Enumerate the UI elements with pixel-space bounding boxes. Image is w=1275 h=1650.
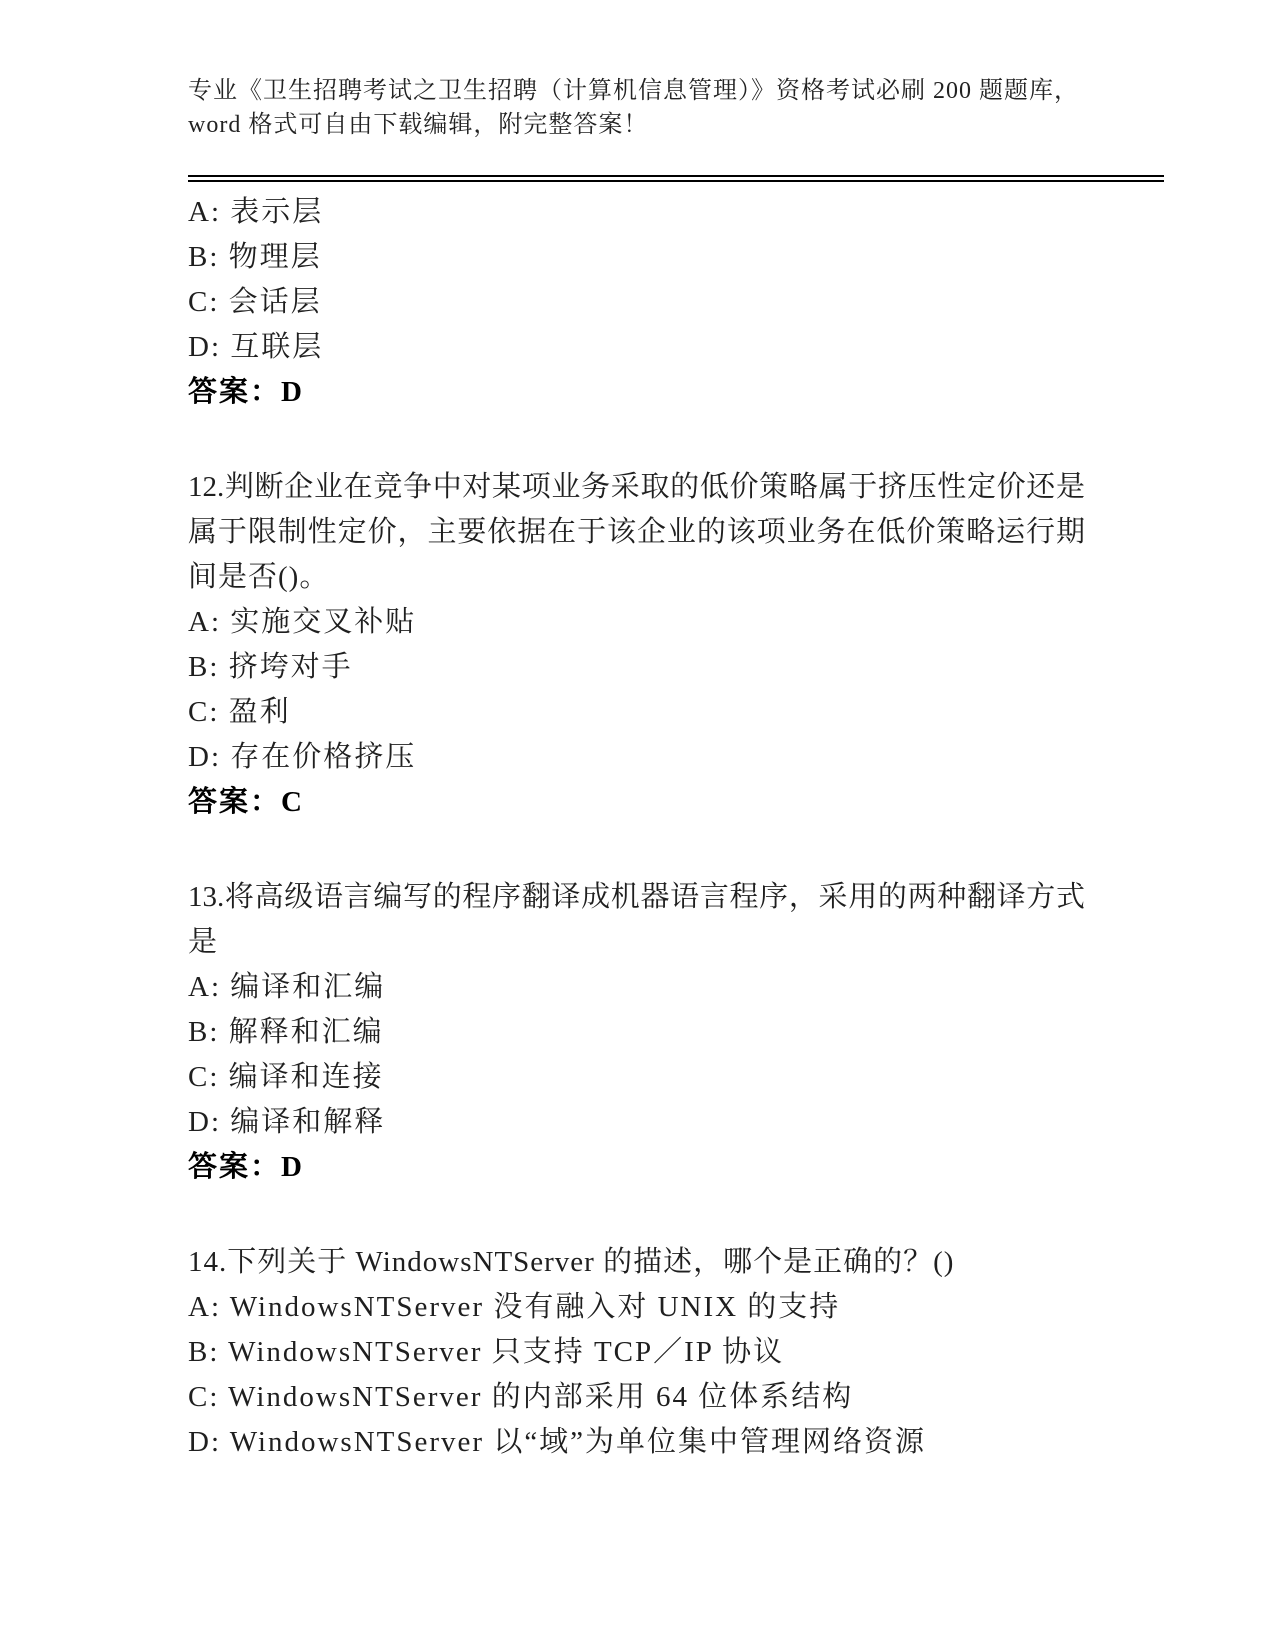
option-line: A: 编译和汇编 — [188, 965, 1085, 1010]
option-line: A: 实施交叉补贴 — [188, 600, 1085, 645]
question-stem-line: 间是否()。 — [188, 555, 1085, 600]
question-stem: 13.将高级语言编写的程序翻译成机器语言程序，采用的两种翻译方式是 — [188, 875, 1085, 965]
option-line: B: 挤垮对手 — [188, 645, 1085, 690]
question-stem: 12.判断企业在竞争中对某项业务采取的低价策略属于挤压性定价还是属于限制性定价，… — [188, 465, 1085, 600]
option-line: A: WindowsNTServer 没有融入对 UNIX 的支持 — [188, 1285, 1085, 1330]
question-stem-line: 14.下列关于 WindowsNTServer 的描述，哪个是正确的？() — [188, 1240, 1085, 1285]
question-stem-line: 属于限制性定价，主要依据在于该企业的该项业务在低价策略运行期 — [188, 510, 1085, 555]
header-double-rule — [188, 175, 1164, 182]
question-options: A: 实施交叉补贴B: 挤垮对手C: 盈利D: 存在价格挤压 — [188, 600, 1085, 780]
document-header: 专业《卫生招聘考试之卫生招聘（计算机信息管理）》资格考试必刷 200 题题库， … — [188, 74, 1085, 142]
question-stem-line: 12.判断企业在竞争中对某项业务采取的低价策略属于挤压性定价还是 — [188, 465, 1085, 510]
option-line: D: 编译和解释 — [188, 1100, 1085, 1145]
answer-line: 答案：D — [188, 1145, 1085, 1190]
header-line-2: word 格式可自由下载编辑，附完整答案！ — [188, 108, 1085, 142]
header-line-1: 专业《卫生招聘考试之卫生招聘（计算机信息管理）》资格考试必刷 200 题题库， — [188, 74, 1085, 108]
question-block: A: 表示层B: 物理层C: 会话层D: 互联层 答案：D — [188, 190, 1085, 415]
option-line: C: WindowsNTServer 的内部采用 64 位体系结构 — [188, 1375, 1085, 1420]
option-line: B: 物理层 — [188, 235, 1085, 280]
option-line: D: 互联层 — [188, 325, 1085, 370]
document-page: 专业《卫生招聘考试之卫生招聘（计算机信息管理）》资格考试必刷 200 题题库， … — [0, 0, 1275, 1650]
question-options: A: WindowsNTServer 没有融入对 UNIX 的支持B: Wind… — [188, 1285, 1085, 1465]
question-block: 14.下列关于 WindowsNTServer 的描述，哪个是正确的？() A:… — [188, 1240, 1085, 1465]
answer-line: 答案：D — [188, 370, 1085, 415]
option-line: C: 会话层 — [188, 280, 1085, 325]
option-line: D: 存在价格挤压 — [188, 735, 1085, 780]
question-options: A: 编译和汇编B: 解释和汇编C: 编译和连接D: 编译和解释 — [188, 965, 1085, 1145]
question-block: 13.将高级语言编写的程序翻译成机器语言程序，采用的两种翻译方式是 A: 编译和… — [188, 875, 1085, 1190]
question-stem: 14.下列关于 WindowsNTServer 的描述，哪个是正确的？() — [188, 1240, 1085, 1285]
option-line: B: 解释和汇编 — [188, 1010, 1085, 1055]
question-options: A: 表示层B: 物理层C: 会话层D: 互联层 — [188, 190, 1085, 370]
answer-line: 答案：C — [188, 780, 1085, 825]
option-line: C: 盈利 — [188, 690, 1085, 735]
option-line: B: WindowsNTServer 只支持 TCP／IP 协议 — [188, 1330, 1085, 1375]
option-line: C: 编译和连接 — [188, 1055, 1085, 1100]
option-line: A: 表示层 — [188, 190, 1085, 235]
question-stem-line: 是 — [188, 920, 1085, 965]
questions: A: 表示层B: 物理层C: 会话层D: 互联层 答案：D 12.判断企业在竞争… — [188, 190, 1085, 1465]
question-stem-line: 13.将高级语言编写的程序翻译成机器语言程序，采用的两种翻译方式 — [188, 875, 1085, 920]
option-line: D: WindowsNTServer 以“域”为单位集中管理网络资源 — [188, 1420, 1085, 1465]
question-block: 12.判断企业在竞争中对某项业务采取的低价策略属于挤压性定价还是属于限制性定价，… — [188, 465, 1085, 825]
